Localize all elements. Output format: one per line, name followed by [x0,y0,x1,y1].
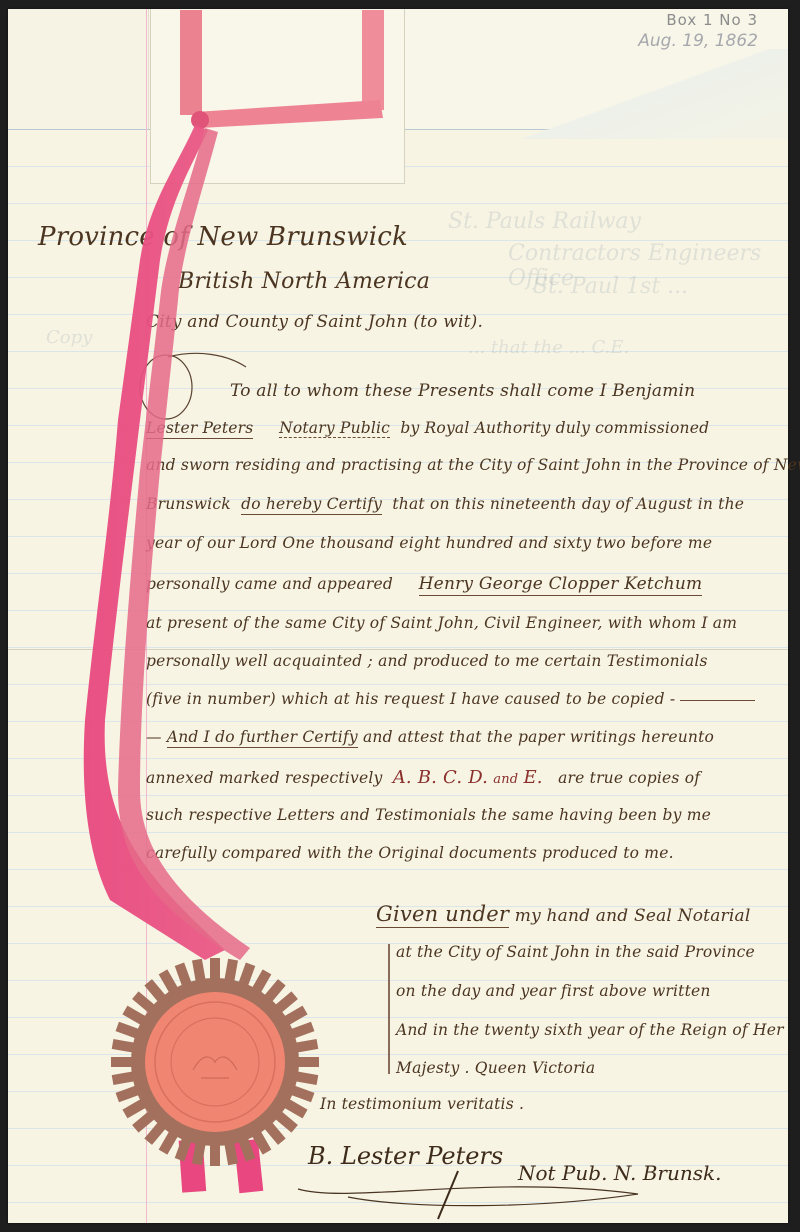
notarial-seal-icon [108,955,322,1169]
